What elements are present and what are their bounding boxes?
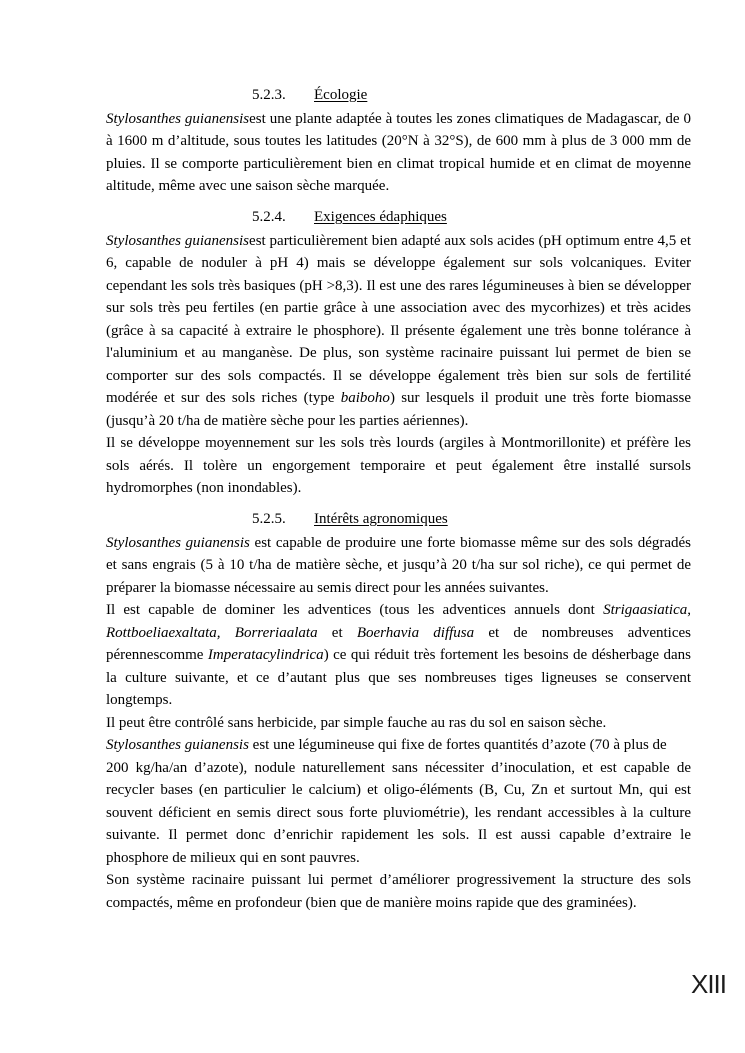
section-number: 5.2.4. xyxy=(252,206,314,229)
text-run: est particulièrement bien adapté aux sol… xyxy=(106,233,691,407)
text-run: , xyxy=(687,602,691,618)
text-run: Il est capable de dominer les adventices… xyxy=(106,602,603,618)
section-heading: 5.2.5.Intérêts agronomiques xyxy=(252,508,691,531)
section-title: Écologie xyxy=(314,84,367,107)
italic-text-run: Stylosanthes guianensis xyxy=(106,535,250,551)
italic-text-run: Imperatacylindrica xyxy=(208,647,324,663)
text-run: Son système racinaire puissant lui perme… xyxy=(106,872,691,911)
text-run: 200 kg/ha/an d’azote), nodule naturellem… xyxy=(106,760,691,866)
section-number: 5.2.3. xyxy=(252,84,314,107)
section-title: Exigences édaphiques xyxy=(314,206,447,229)
section-heading: 5.2.3.Écologie xyxy=(252,84,691,107)
paragraph: Il peut être contrôlé sans herbicide, pa… xyxy=(106,712,691,735)
text-run: et xyxy=(318,625,357,641)
paragraph: Stylosanthes guianensis est une légumine… xyxy=(106,734,691,869)
italic-text-run: Rottboeliaexaltata, Borreriaalata xyxy=(106,625,318,641)
section-number: 5.2.5. xyxy=(252,508,314,531)
paragraph: Il se développe moyennement sur les sols… xyxy=(106,432,691,500)
section-heading: 5.2.4.Exigences édaphiques xyxy=(252,206,691,229)
italic-text-run: Boerhavia diffusa xyxy=(357,625,474,641)
text-run: Il se développe moyennement sur les sols… xyxy=(106,435,691,496)
italic-text-run: Strigaasiatica xyxy=(603,602,687,618)
page-number: XIII xyxy=(691,969,726,1000)
paragraph: Stylosanthes guianensisest une plante ad… xyxy=(106,108,691,198)
document-page: 5.2.3.ÉcologieStylosanthes guianensisest… xyxy=(0,0,745,1053)
paragraph: Il est capable de dominer les adventices… xyxy=(106,599,691,712)
section-title: Intérêts agronomiques xyxy=(314,508,448,531)
italic-text-run: Stylosanthes guianensis xyxy=(106,111,249,127)
paragraph: Son système racinaire puissant lui perme… xyxy=(106,869,691,914)
text-run: est une légumineuse qui fixe de fortes q… xyxy=(249,737,667,753)
paragraph: Stylosanthes guianensis est capable de p… xyxy=(106,532,691,600)
document-body: 5.2.3.ÉcologieStylosanthes guianensisest… xyxy=(106,84,691,914)
italic-text-run: baiboho xyxy=(341,390,390,406)
italic-text-run: Stylosanthes guianensis xyxy=(106,737,249,753)
italic-text-run: Stylosanthes guianensis xyxy=(106,233,249,249)
paragraph: Stylosanthes guianensisest particulièrem… xyxy=(106,230,691,433)
text-run: Il peut être contrôlé sans herbicide, pa… xyxy=(106,715,606,731)
